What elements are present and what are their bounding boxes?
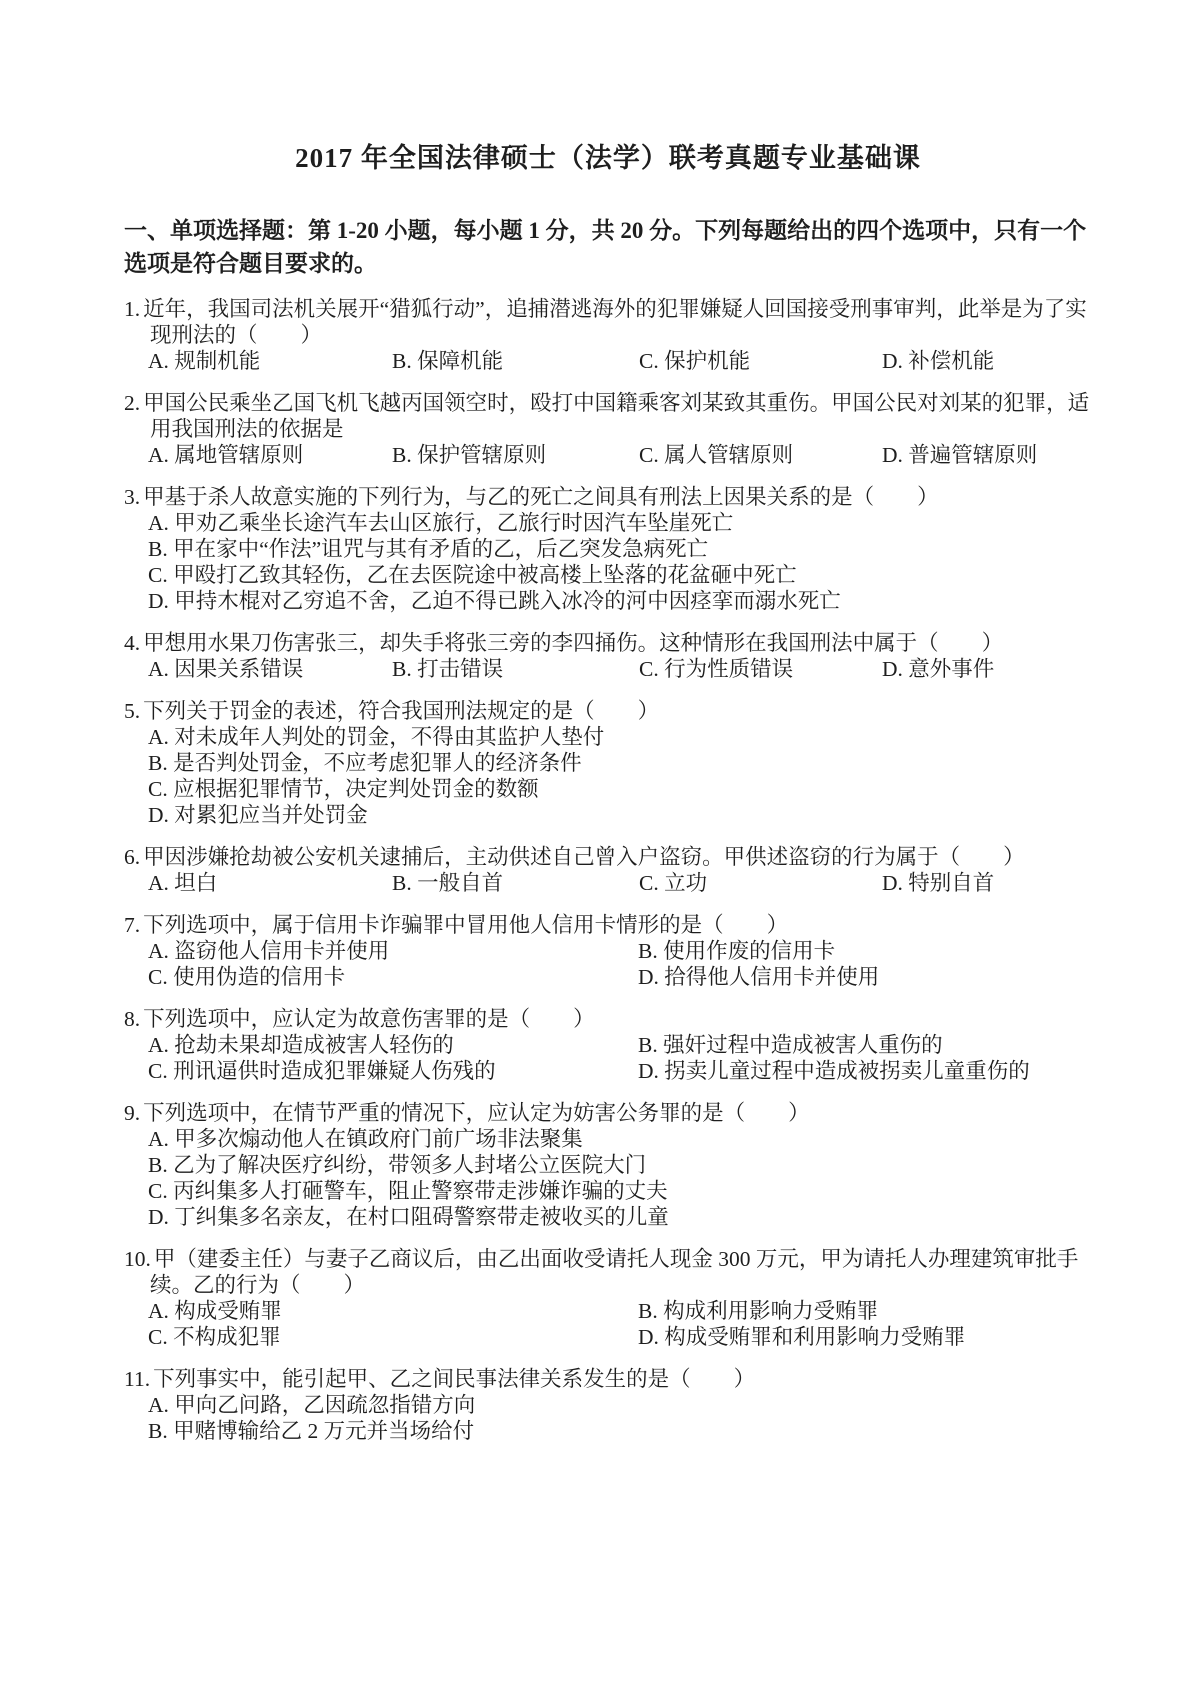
question-options: A. 构成受贿罪B. 构成利用影响力受贿罪C. 不构成犯罪D. 构成受贿罪和利用… <box>124 1298 1092 1350</box>
option-c: C. 应根据犯罪情节，决定判处罚金的数额 <box>148 776 1092 802</box>
option-a: A. 抢劫未果却造成被害人轻伤的 <box>148 1032 638 1058</box>
question-stem: 6.甲因涉嫌抢劫被公安机关逮捕后，主动供述自己曾入户盗窃。甲供述盗窃的行为属于（… <box>124 844 1092 870</box>
question-10: 10.甲（建委主任）与妻子乙商议后，由乙出面收受请托人现金 300 万元，甲为请… <box>124 1246 1092 1350</box>
question-list: 1.近年，我国司法机关展开“猎狐行动”，追捕潜逃海外的犯罪嫌疑人回国接受刑事审判… <box>124 296 1092 1444</box>
option-a: A. 因果关系错误 <box>148 656 392 682</box>
question-stem: 11.下列事实中，能引起甲、乙之间民事法律关系发生的是（ ） <box>124 1366 1092 1392</box>
question-text: 近年，我国司法机关展开“猎狐行动”，追捕潜逃海外的犯罪嫌疑人回国接受刑事审判，此… <box>143 297 1087 347</box>
question-options: A. 坦白B. 一般自首C. 立功D. 特别自首 <box>124 870 1092 896</box>
option-c: C. 不构成犯罪 <box>148 1324 638 1350</box>
question-6: 6.甲因涉嫌抢劫被公安机关逮捕后，主动供述自己曾入户盗窃。甲供述盗窃的行为属于（… <box>124 844 1092 896</box>
question-options: A. 属地管辖原则B. 保护管辖原则C. 属人管辖原则D. 普遍管辖原则 <box>124 442 1092 468</box>
option-d: D. 甲持木棍对乙穷追不舍，乙迫不得已跳入冰冷的河中因痉挛而溺水死亡 <box>148 588 1092 614</box>
section-heading: 一、单项选择题：第 1-20 小题，每小题 1 分，共 20 分。下列每题给出的… <box>124 214 1092 280</box>
question-number: 7. <box>124 913 140 937</box>
question-options: A. 甲向乙问路，乙因疏忽指错方向B. 甲赌博输给乙 2 万元并当场给付 <box>124 1392 1092 1444</box>
question-stem: 10.甲（建委主任）与妻子乙商议后，由乙出面收受请托人现金 300 万元，甲为请… <box>124 1246 1092 1298</box>
question-stem: 3.甲基于杀人故意实施的下列行为，与乙的死亡之间具有刑法上因果关系的是（ ） <box>124 484 1092 510</box>
option-d: D. 拐卖儿童过程中造成被拐卖儿童重伤的 <box>638 1058 1092 1084</box>
question-1: 1.近年，我国司法机关展开“猎狐行动”，追捕潜逃海外的犯罪嫌疑人回国接受刑事审判… <box>124 296 1092 374</box>
question-text: 下列事实中，能引起甲、乙之间民事法律关系发生的是（ ） <box>153 1367 755 1391</box>
question-options: A. 对未成年人判处的罚金，不得由其监护人垫付B. 是否判处罚金，不应考虑犯罪人… <box>124 724 1092 828</box>
option-b: B. 使用作废的信用卡 <box>638 938 1092 964</box>
question-number: 1. <box>124 297 140 321</box>
question-options: A. 甲多次煽动他人在镇政府门前广场非法聚集B. 乙为了解决医疗纠纷，带领多人封… <box>124 1126 1092 1230</box>
question-text: 下列选项中，应认定为故意伤害罪的是（ ） <box>143 1007 595 1031</box>
option-c: C. 行为性质错误 <box>639 656 882 682</box>
question-stem: 1.近年，我国司法机关展开“猎狐行动”，追捕潜逃海外的犯罪嫌疑人回国接受刑事审判… <box>124 296 1092 348</box>
option-b: B. 保障机能 <box>392 348 639 374</box>
option-b: B. 构成利用影响力受贿罪 <box>638 1298 1092 1324</box>
question-number: 9. <box>124 1101 140 1125</box>
option-c: C. 保护机能 <box>639 348 882 374</box>
option-d: D. 特别自首 <box>882 870 1092 896</box>
document-title: 2017 年全国法律硕士（法学）联考真题专业基础课 <box>124 140 1092 176</box>
question-options: A. 规制机能B. 保障机能C. 保护机能D. 补偿机能 <box>124 348 1092 374</box>
question-text: 甲基于杀人故意实施的下列行为，与乙的死亡之间具有刑法上因果关系的是（ ） <box>143 485 939 509</box>
question-stem: 2.甲国公民乘坐乙国飞机飞越丙国领空时，殴打中国籍乘客刘某致其重伤。甲国公民对刘… <box>124 390 1092 442</box>
question-text: 下列关于罚金的表述，符合我国刑法规定的是（ ） <box>143 699 659 723</box>
question-options: A. 甲劝乙乘坐长途汽车去山区旅行，乙旅行时因汽车坠崖死亡B. 甲在家中“作法”… <box>124 510 1092 614</box>
question-text: 甲想用水果刀伤害张三，却失手将张三旁的李四捅伤。这种情形在我国刑法中属于（ ） <box>143 631 1003 655</box>
question-9: 9.下列选项中，在情节严重的情况下，应认定为妨害公务罪的是（ ）A. 甲多次煽动… <box>124 1100 1092 1230</box>
question-2: 2.甲国公民乘坐乙国飞机飞越丙国领空时，殴打中国籍乘客刘某致其重伤。甲国公民对刘… <box>124 390 1092 468</box>
option-a: A. 甲多次煽动他人在镇政府门前广场非法聚集 <box>148 1126 1092 1152</box>
option-b: B. 保护管辖原则 <box>392 442 639 468</box>
option-a: A. 构成受贿罪 <box>148 1298 638 1324</box>
option-d: D. 普遍管辖原则 <box>882 442 1092 468</box>
option-a: A. 对未成年人判处的罚金，不得由其监护人垫付 <box>148 724 1092 750</box>
option-c: C. 甲殴打乙致其轻伤，乙在去医院途中被高楼上坠落的花盆砸中死亡 <box>148 562 1092 588</box>
question-7: 7.下列选项中，属于信用卡诈骗罪中冒用他人信用卡情形的是（ ）A. 盗窃他人信用… <box>124 912 1092 990</box>
option-b: B. 乙为了解决医疗纠纷，带领多人封堵公立医院大门 <box>148 1152 1092 1178</box>
question-8: 8.下列选项中，应认定为故意伤害罪的是（ ）A. 抢劫未果却造成被害人轻伤的B.… <box>124 1006 1092 1084</box>
question-stem: 7.下列选项中，属于信用卡诈骗罪中冒用他人信用卡情形的是（ ） <box>124 912 1092 938</box>
exam-page: 2017 年全国法律硕士（法学）联考真题专业基础课 一、单项选择题：第 1-20… <box>0 0 1190 1683</box>
option-a: A. 盗窃他人信用卡并使用 <box>148 938 638 964</box>
question-text: 甲因涉嫌抢劫被公安机关逮捕后，主动供述自己曾入户盗窃。甲供述盗窃的行为属于（ ） <box>143 845 1025 869</box>
option-b: B. 是否判处罚金，不应考虑犯罪人的经济条件 <box>148 750 1092 776</box>
question-4: 4.甲想用水果刀伤害张三，却失手将张三旁的李四捅伤。这种情形在我国刑法中属于（ … <box>124 630 1092 682</box>
question-text: 下列选项中，在情节严重的情况下，应认定为妨害公务罪的是（ ） <box>143 1101 810 1125</box>
question-3: 3.甲基于杀人故意实施的下列行为，与乙的死亡之间具有刑法上因果关系的是（ ）A.… <box>124 484 1092 614</box>
question-stem: 5.下列关于罚金的表述，符合我国刑法规定的是（ ） <box>124 698 1092 724</box>
option-d: D. 补偿机能 <box>882 348 1092 374</box>
question-options: A. 因果关系错误B. 打击错误C. 行为性质错误D. 意外事件 <box>124 656 1092 682</box>
option-b: B. 一般自首 <box>392 870 639 896</box>
question-stem: 9.下列选项中，在情节严重的情况下，应认定为妨害公务罪的是（ ） <box>124 1100 1092 1126</box>
option-b: B. 强奸过程中造成被害人重伤的 <box>638 1032 1092 1058</box>
question-number: 3. <box>124 485 140 509</box>
question-number: 6. <box>124 845 140 869</box>
question-number: 11. <box>124 1367 150 1391</box>
option-a: A. 属地管辖原则 <box>148 442 392 468</box>
option-a: A. 甲向乙问路，乙因疏忽指错方向 <box>148 1392 1092 1418</box>
question-stem: 8.下列选项中，应认定为故意伤害罪的是（ ） <box>124 1006 1092 1032</box>
option-c: C. 属人管辖原则 <box>639 442 882 468</box>
option-d: D. 构成受贿罪和利用影响力受贿罪 <box>638 1324 1092 1350</box>
question-11: 11.下列事实中，能引起甲、乙之间民事法律关系发生的是（ ）A. 甲向乙问路，乙… <box>124 1366 1092 1444</box>
question-number: 2. <box>124 391 140 415</box>
option-a: A. 规制机能 <box>148 348 392 374</box>
option-d: D. 意外事件 <box>882 656 1092 682</box>
option-c: C. 刑讯逼供时造成犯罪嫌疑人伤残的 <box>148 1058 638 1084</box>
option-b: B. 打击错误 <box>392 656 639 682</box>
question-number: 10. <box>124 1247 151 1271</box>
option-d: D. 丁纠集多名亲友，在村口阻碍警察带走被收买的儿童 <box>148 1204 1092 1230</box>
question-number: 4. <box>124 631 140 655</box>
question-options: A. 抢劫未果却造成被害人轻伤的B. 强奸过程中造成被害人重伤的C. 刑讯逼供时… <box>124 1032 1092 1084</box>
question-number: 5. <box>124 699 140 723</box>
option-c: C. 丙纠集多人打砸警车，阻止警察带走涉嫌诈骗的丈夫 <box>148 1178 1092 1204</box>
question-number: 8. <box>124 1007 140 1031</box>
question-options: A. 盗窃他人信用卡并使用B. 使用作废的信用卡C. 使用伪造的信用卡D. 拾得… <box>124 938 1092 990</box>
option-d: D. 对累犯应当并处罚金 <box>148 802 1092 828</box>
option-c: C. 使用伪造的信用卡 <box>148 964 638 990</box>
question-text: 下列选项中，属于信用卡诈骗罪中冒用他人信用卡情形的是（ ） <box>143 913 788 937</box>
option-c: C. 立功 <box>639 870 882 896</box>
question-text: 甲（建委主任）与妻子乙商议后，由乙出面收受请托人现金 300 万元，甲为请托人办… <box>150 1247 1078 1297</box>
option-a: A. 甲劝乙乘坐长途汽车去山区旅行，乙旅行时因汽车坠崖死亡 <box>148 510 1092 536</box>
question-5: 5.下列关于罚金的表述，符合我国刑法规定的是（ ）A. 对未成年人判处的罚金，不… <box>124 698 1092 828</box>
option-b: B. 甲在家中“作法”诅咒与其有矛盾的乙，后乙突发急病死亡 <box>148 536 1092 562</box>
option-a: A. 坦白 <box>148 870 392 896</box>
page-content: 2017 年全国法律硕士（法学）联考真题专业基础课 一、单项选择题：第 1-20… <box>0 140 1190 1444</box>
option-b: B. 甲赌博输给乙 2 万元并当场给付 <box>148 1418 1092 1444</box>
option-d: D. 拾得他人信用卡并使用 <box>638 964 1092 990</box>
question-text: 甲国公民乘坐乙国飞机飞越丙国领空时，殴打中国籍乘客刘某致其重伤。甲国公民对刘某的… <box>143 391 1089 441</box>
question-stem: 4.甲想用水果刀伤害张三，却失手将张三旁的李四捅伤。这种情形在我国刑法中属于（ … <box>124 630 1092 656</box>
